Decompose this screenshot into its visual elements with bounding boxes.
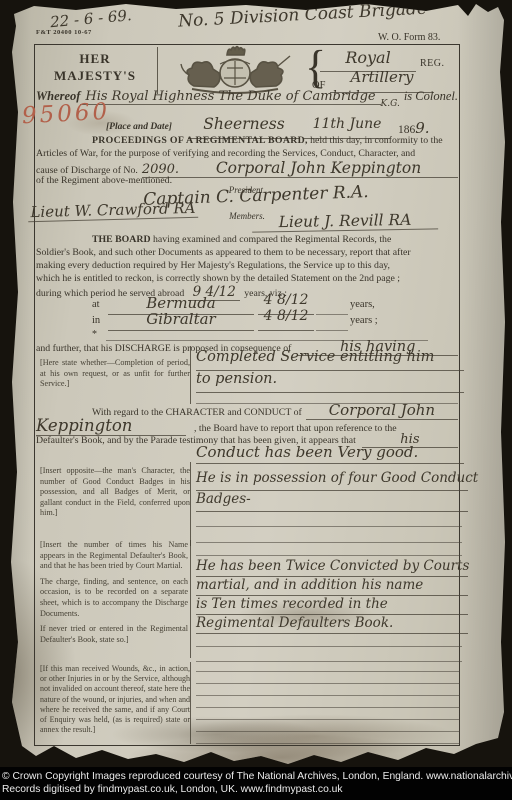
date-written: 11th June xyxy=(313,116,382,132)
board-line1-rest: having examined and compared the Regimen… xyxy=(151,234,392,245)
division-title-annotation: No. 5 Division Coast Brigade xyxy=(178,0,469,32)
board-para-line1: THE BOARD having examined and compared t… xyxy=(36,233,512,246)
wounds-margin-note: [If this man received Wounds, &c., in ac… xyxy=(40,664,190,735)
masthead-divider-line xyxy=(157,47,158,94)
defaulters-written-line: is Ten times recorded in the xyxy=(196,596,468,615)
archive-reference-number: 95060 xyxy=(21,99,110,130)
ruled-line xyxy=(196,696,460,708)
copyright-footer: © Crown Copyright Images reproduced cour… xyxy=(0,767,512,800)
written-date-annotation: 22 - 6 - 69. xyxy=(49,3,170,31)
badges-margin-note: [Insert opposite—the man's Character, th… xyxy=(40,466,190,519)
colonel-initials-written: K.G. xyxy=(381,99,400,109)
board-para-line3: making every deduction required by Her M… xyxy=(36,259,458,272)
copyright-line1: © Crown Copyright Images reproduced cour… xyxy=(2,770,512,783)
paper-sheet: 22 - 6 - 69. No. 5 Division Coast Brigad… xyxy=(6,2,507,765)
ruled-line xyxy=(196,672,460,684)
column-divider-line xyxy=(190,346,191,404)
place-written: Sheerness xyxy=(203,115,284,133)
ruled-line xyxy=(196,634,462,647)
ruled-line xyxy=(196,720,460,732)
place-date-label: [Place and Date] xyxy=(106,122,172,132)
defaulters-margin-note: [Insert the number of times his Name app… xyxy=(40,540,188,645)
her-majestys-line2: MAJESTY'S xyxy=(36,67,154,84)
defaulters-written-line: He has been Twice Convicted by Courts xyxy=(196,558,468,577)
defaulters-written-line: Regimental Defaulters Book. xyxy=(196,615,468,634)
column-divider-line xyxy=(190,540,191,658)
printer-code: F&T 20400 10-67 xyxy=(36,29,92,36)
station-row2-prep: in xyxy=(92,315,100,326)
proceedings-line1: PROCEEDINGS OF A REGIMENTAL BOARD, held … xyxy=(36,134,512,147)
conduct-written: Conduct has been Very good. xyxy=(196,443,464,464)
defaulters-written-line: martial, and in addition his name xyxy=(196,577,468,596)
branch-written: Artillery xyxy=(351,68,414,86)
column-divider-line xyxy=(190,662,191,744)
board-para-line2: Soldier's Book, and such other Documents… xyxy=(36,246,458,259)
regiment-name-written: Royal xyxy=(345,48,390,67)
wounds-blank-lines xyxy=(196,660,460,744)
station-row2-name: Gibraltar xyxy=(146,310,215,328)
her-majestys-title: HER MAJESTY'S xyxy=(36,50,154,84)
discharge-reason-line2-written: Completed Service entitling him xyxy=(196,349,464,371)
discharge-margin-note: [Here state whether—Completion of period… xyxy=(40,358,190,390)
defaulters-note-para3: If never tried or entered in the Regimen… xyxy=(40,624,188,645)
colonel-suffix: is Colonel. xyxy=(400,89,458,104)
station-row1-prep: at xyxy=(92,299,100,310)
ruled-line xyxy=(196,660,460,672)
her-majestys-line1: HER xyxy=(36,50,154,67)
defaulters-note-para1: [Insert the number of times his Name app… xyxy=(40,540,188,572)
badges-line1-written: He is in possession of four Good Conduct xyxy=(196,470,468,491)
discharge-reason-line3-written: to pension. xyxy=(196,371,464,393)
ruled-line xyxy=(196,732,460,744)
defaulters-note-para2: The charge, finding, and sentence, on ea… xyxy=(40,577,188,619)
badges-line2-written: Badges- xyxy=(196,491,468,512)
station-row2-years: 4 8/12 xyxy=(264,308,309,324)
colonel-written: His Royal Highness The Duke of Cambridge xyxy=(80,89,380,105)
ruled-line xyxy=(196,512,462,527)
ruled-line xyxy=(316,302,348,315)
station-row1-years: 4 8/12 xyxy=(264,292,309,308)
member-right-written: Lieut J. Revill RA xyxy=(252,210,438,232)
proceedings-lead: PROCEEDINGS OF A REGIMENTAL BOARD, xyxy=(92,135,308,146)
ruled-line xyxy=(196,528,462,543)
board-lead: THE BOARD xyxy=(92,234,151,245)
proceedings-line1-rest: held this day, in conformity to the xyxy=(308,135,443,146)
ruled-line xyxy=(196,708,460,720)
defaulters-entry-written: He has been Twice Convicted by Courts ma… xyxy=(196,558,468,634)
form-reference: W. O. Form 83. xyxy=(378,32,440,43)
copyright-line2: Records digitised by findmypast.co.uk, L… xyxy=(2,783,512,796)
ruled-line xyxy=(196,542,462,556)
royal-crest-icon xyxy=(164,44,306,94)
column-divider-line xyxy=(190,462,191,546)
ruled-line xyxy=(196,684,460,696)
station-row1-suffix: years, xyxy=(350,299,375,310)
document-scan: 22 - 6 - 69. No. 5 Division Coast Brigad… xyxy=(0,0,512,800)
station-row2-suffix: years ; xyxy=(350,315,378,326)
